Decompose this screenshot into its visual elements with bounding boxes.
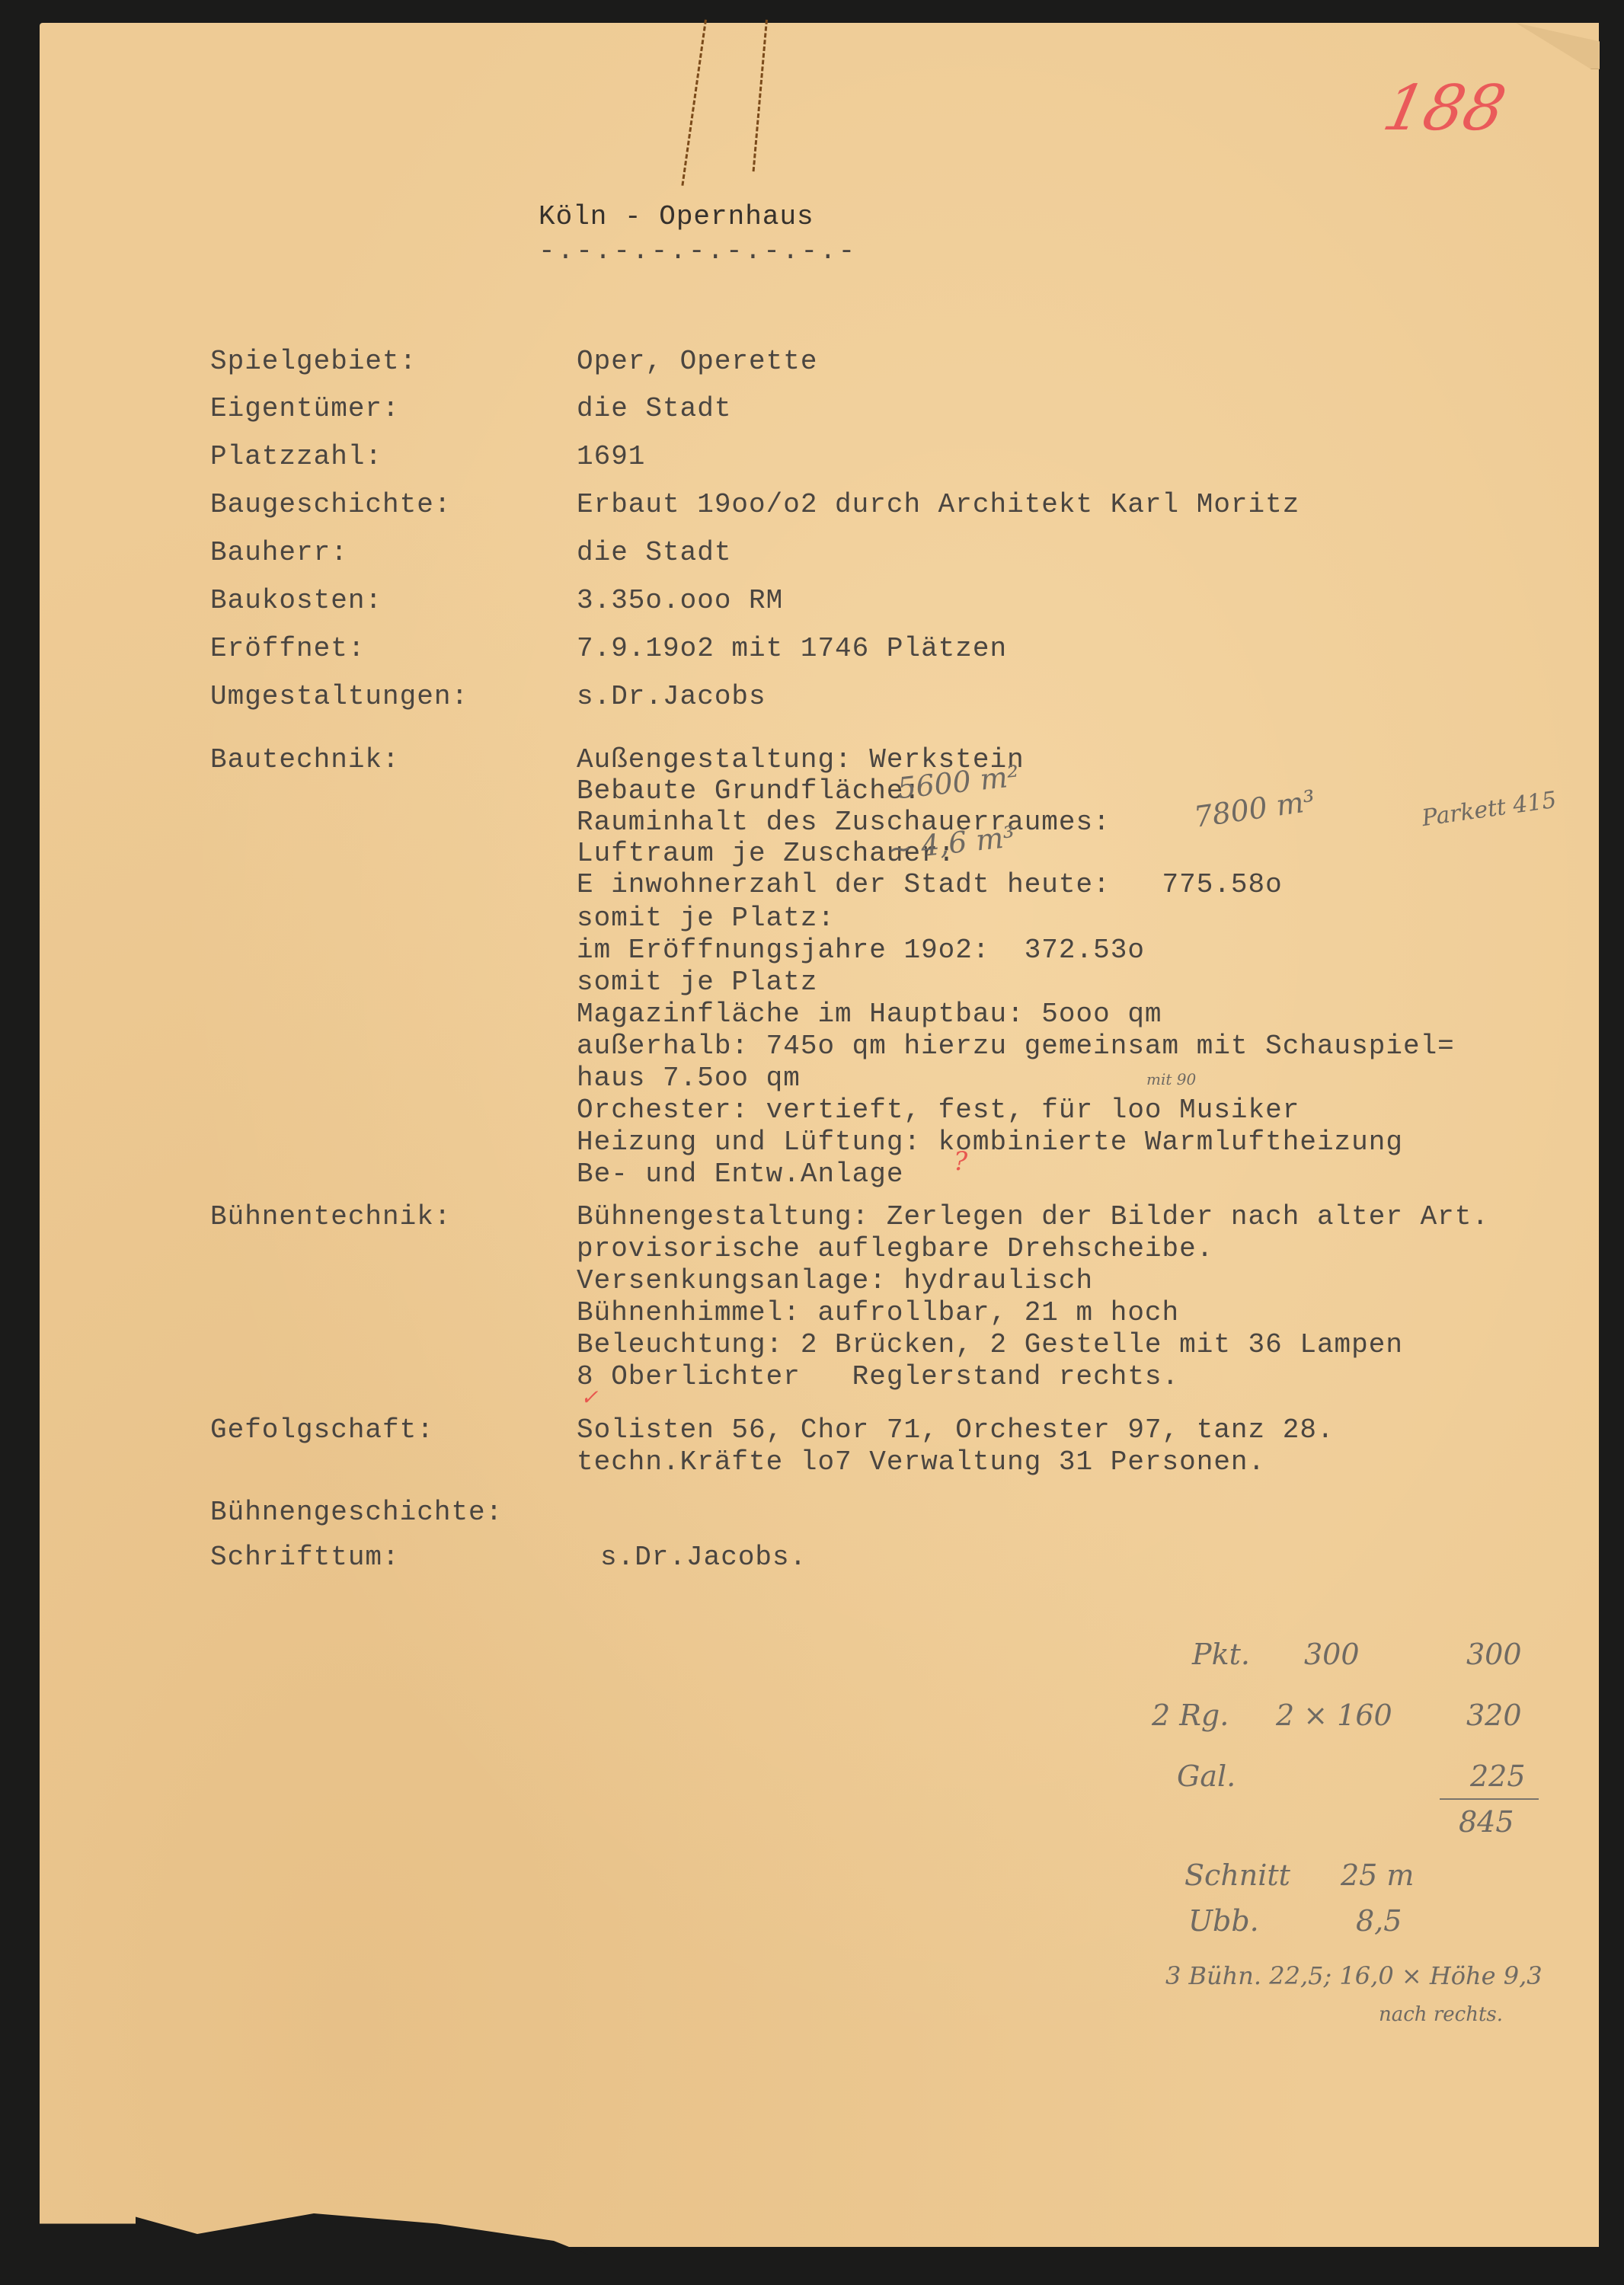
schrifttum-value: s.Dr.Jacobs. [600,1542,807,1573]
field-label: Eigentümer: [210,394,400,424]
page-number: 188 [1377,72,1512,145]
note-label: Schnitt [1184,1858,1290,1892]
section-label-bautechnik: Bautechnik: [210,745,400,775]
bautechnik-line: haus 7.5oo qm [577,1063,801,1094]
calc-label: 2 Rg. [1152,1699,1229,1732]
bautechnik-line: somit je Platz [577,967,817,998]
bautechnik-line: Be- und Entw.Anlage [577,1159,903,1190]
bautechnik-line: Orchester: vertieft, fest, für loo Musik… [577,1095,1300,1126]
calc-total: 845 [1459,1805,1514,1839]
gefolgschaft-line: Solisten 56, Chor 71, Orchester 97, tanz… [577,1415,1335,1446]
buehnentechnik-line: Bühnenhimmel: aufrollbar, 21 m hoch [577,1298,1179,1328]
handwritten-last-line: 3 Bühn. 22,5; 16,0 × Höhe 9,3 [1165,1961,1542,1990]
buehnentechnik-line: Versenkungsanlage: hydraulisch [577,1266,1093,1296]
handwritten-orchester-note: mit 90 [1146,1070,1196,1088]
section-label-buehnentechnik: Bühnentechnik: [210,1202,451,1232]
bautechnik-line: Bebaute Grundfläche: [577,776,921,807]
field-label: Spielgebiet: [210,347,417,377]
calc-right: 225 [1470,1759,1526,1793]
field-value: 7.9.19o2 mit 1746 Plätzen [577,634,1007,664]
field-value: Erbaut 19oo/o2 durch Architekt Karl Mori… [577,490,1300,520]
field-value: 3.35o.ooo RM [577,586,783,616]
sum-line [1440,1798,1539,1800]
gefolgschaft-line: techn.Kräfte lo7 Verwaltung 31 Personen. [577,1447,1265,1478]
buehnentechnik-line: provisorische auflegbare Drehscheibe. [577,1234,1213,1264]
note-value: 8,5 [1356,1904,1402,1938]
red-check-mark: ✓ [580,1385,598,1410]
bautechnik-line: Heizung und Lüftung: kombinierte Warmluf… [577,1127,1403,1158]
buehnentechnik-line: Beleuchtung: 2 Brücken, 2 Gestelle mit 3… [577,1330,1403,1360]
red-question-mark: ? [954,1146,967,1177]
bautechnik-line: Rauminhalt des Zuschauerraumes: [577,807,1111,838]
field-label: Baukosten: [210,586,382,616]
field-label: Eröffnet: [210,634,365,664]
field-value: Oper, Operette [577,347,817,377]
bautechnik-line: Magazinfläche im Hauptbau: 5ooo qm [577,999,1162,1030]
title-underline: -.-.-.-.-.-.-.-.- [539,236,857,267]
handwritten-last-line-sub: nach rechts. [1379,2003,1503,2026]
note-label: Ubb. [1188,1904,1259,1938]
field-label: Platzzahl: [210,442,382,472]
calc-right: 320 [1466,1699,1522,1732]
field-label: Umgestaltungen: [210,682,468,712]
calc-right: 300 [1466,1638,1522,1671]
note-value: 25 m [1341,1858,1414,1892]
calc-mid: 300 [1304,1638,1360,1671]
section-label-schrifttum: Schrifttum: [210,1542,400,1573]
bautechnik-line: E inwohnerzahl der Stadt heute: 775.58o [577,870,1283,900]
calc-label: Pkt. [1192,1638,1250,1671]
bautechnik-line: im Eröffnungsjahre 19o2: 372.53o [577,935,1145,966]
bautechnik-line: somit je Platz: [577,903,835,934]
field-label: Baugeschichte: [210,490,451,520]
document-title: Köln - Opernhaus [539,202,814,232]
bautechnik-line: außerhalb: 745o qm hierzu gemeinsam mit … [577,1031,1455,1062]
calc-label: Gal. [1177,1759,1236,1793]
field-label: Bauherr: [210,538,348,568]
section-label-gefolgschaft: Gefolgschaft: [210,1415,434,1446]
section-label-buehnengeschichte: Bühnengeschichte: [210,1497,503,1528]
field-value: die Stadt [577,538,731,568]
buehnentechnik-line: Bühnengestaltung: Zerlegen der Bilder na… [577,1202,1489,1232]
field-value: s.Dr.Jacobs [577,682,766,712]
field-value: die Stadt [577,394,731,424]
buehnentechnik-line: 8 Oberlichter Reglerstand rechts. [577,1362,1179,1392]
field-value: 1691 [577,442,645,472]
calc-mid: 2 × 160 [1276,1699,1392,1732]
